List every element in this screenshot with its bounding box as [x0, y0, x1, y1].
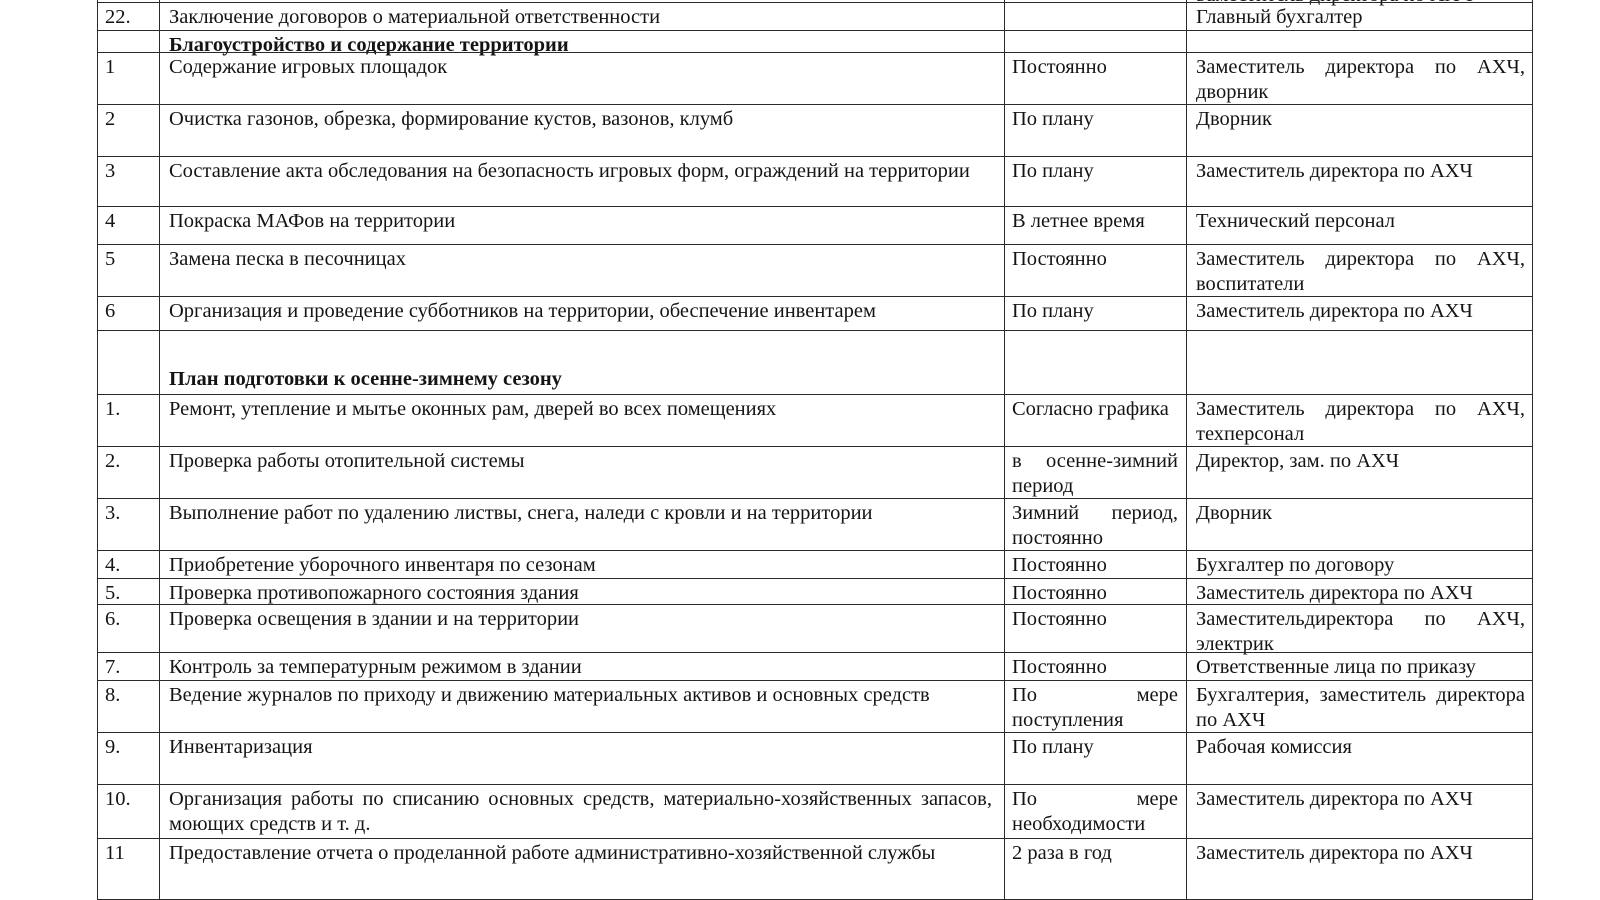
table-row: 1Содержание игровых площадокПостоянноЗам… [97, 52, 1533, 104]
cell-number [97, 31, 157, 52]
table-row: 1.Ремонт, утепление и мытье оконных рам,… [97, 394, 1533, 446]
cell-task: Благоустройство и содержание территории [159, 31, 1002, 52]
cell-responsible: Главный бухгалтер [1186, 3, 1533, 30]
cell-number: 7. [97, 653, 157, 680]
cell-number [97, 331, 157, 394]
cell-task: Выполнение работ по удалению листвы, сне… [159, 499, 1002, 550]
cell-number: 10. [97, 785, 157, 838]
cell-schedule: По плану [1004, 105, 1184, 156]
cell-schedule: Постоянно [1004, 605, 1184, 652]
cell-schedule: По мере поступления [1004, 681, 1184, 732]
cell-responsible: Заместитель директора по АХЧ [1186, 579, 1533, 604]
cell-responsible: Технический персонал [1186, 207, 1533, 244]
cell-responsible [1186, 331, 1533, 394]
cell-number: 4 [97, 207, 157, 244]
cell-task: План подготовки к осенне-зимнему сезону [159, 331, 1002, 394]
cell-responsible: Рабочая комиссия [1186, 733, 1533, 784]
cell-responsible: Заместитель директора по АХЧ, дворник [1186, 53, 1533, 104]
cell-number: 4. [97, 551, 157, 578]
cell-schedule: 2 раза в год [1004, 839, 1184, 892]
cell-number: 6 [97, 297, 157, 330]
cell-schedule: Постоянно [1004, 579, 1184, 604]
cell-number: 3 [97, 157, 157, 206]
cell-schedule: Постоянно [1004, 245, 1184, 296]
table-row: 9.ИнвентаризацияПо плануРабочая комиссия [97, 732, 1533, 784]
table-row: 4.Приобретение уборочного инвентаря по с… [97, 550, 1533, 578]
cell-schedule [1004, 331, 1184, 394]
cell-task: Покраска МАФов на территории [159, 207, 1002, 244]
cell-responsible: Дворник [1186, 105, 1533, 156]
cell-task: Инвентаризация [159, 733, 1002, 784]
cell-schedule: В летнее время [1004, 207, 1184, 244]
cell-task: Содержание игровых площадок [159, 53, 1002, 104]
cell-number: 22. [97, 3, 157, 30]
cell-task: Организация работы по списанию основных … [159, 785, 1002, 838]
cell-schedule: в осенне-зимний период [1004, 447, 1184, 498]
table-row: 3Составление акта обследования на безопа… [97, 156, 1533, 206]
table-row: 8.Ведение журналов по приходу и движению… [97, 680, 1533, 732]
cell-schedule: По плану [1004, 297, 1184, 330]
cell-responsible [1186, 31, 1533, 52]
table-row: 6.Проверка освещения в здании и на терри… [97, 604, 1533, 652]
cell-schedule [1004, 31, 1184, 52]
cell-schedule: По мере необходимости [1004, 785, 1184, 838]
cell-schedule: По плану [1004, 733, 1184, 784]
section-header-row: План подготовки к осенне-зимнему сезону [97, 330, 1533, 394]
table-row: 5Замена песка в песочницахПостоянноЗамес… [97, 244, 1533, 296]
cell-number: 5. [97, 579, 157, 604]
cell-responsible: Заместительдиректора по АХЧ, электрик [1186, 605, 1533, 652]
table-row: 6Организация и проведение субботников на… [97, 296, 1533, 330]
section-header-row: Благоустройство и содержание территории [97, 30, 1533, 52]
table-row: 2.Проверка работы отопительной системыв … [97, 446, 1533, 498]
table-row: 10.Организация работы по списанию основн… [97, 784, 1533, 838]
cell-number: 8. [97, 681, 157, 732]
cell-number: 2. [97, 447, 157, 498]
cell-responsible: Заместитель директора по АХЧ [1186, 297, 1533, 330]
table-row: 5.Проверка противопожарного состояния зд… [97, 578, 1533, 604]
cell-responsible: Заместитель директора по АХЧ [1186, 157, 1533, 206]
cell-schedule: По плану [1004, 157, 1184, 206]
cell-task: Предоставление отчета о проделанной рабо… [159, 839, 1002, 892]
cell-number: 5 [97, 245, 157, 296]
table-row: 4Покраска МАФов на территорииВ летнее вр… [97, 206, 1533, 244]
cell-task: Очистка газонов, обрезка, формирование к… [159, 105, 1002, 156]
cell-number: 2 [97, 105, 157, 156]
cell-responsible: Заместитель директора по АХЧ [1186, 839, 1533, 892]
cell-responsible: Заместитель директора по АХЧ [1186, 785, 1533, 838]
cell-task: Ведение журналов по приходу и движению м… [159, 681, 1002, 732]
cell-task: Замена песка в песочницах [159, 245, 1002, 296]
table-row: 11Предоставление отчета о проделанной ра… [97, 838, 1533, 892]
cell-task: Контроль за температурным режимом в здан… [159, 653, 1002, 680]
cell-task: Проверка освещения в здании и на террито… [159, 605, 1002, 652]
cell-schedule: Зимний период, постоянно [1004, 499, 1184, 550]
table-row: 3.Выполнение работ по удалению листвы, с… [97, 498, 1533, 550]
cell-responsible: Бухгалтер по договору [1186, 551, 1533, 578]
cell-responsible: Директор, зам. по АХЧ [1186, 447, 1533, 498]
cell-schedule: Постоянно [1004, 551, 1184, 578]
cell-responsible: Ответственные лица по приказу [1186, 653, 1533, 680]
cell-schedule [1004, 3, 1184, 30]
cell-number: 1 [97, 53, 157, 104]
table-row: 2Очистка газонов, обрезка, формирование … [97, 104, 1533, 156]
cell-responsible: Дворник [1186, 499, 1533, 550]
cell-schedule: Согласно графика [1004, 395, 1184, 446]
cell-responsible: Заместитель директора по АХЧ, техперсона… [1186, 395, 1533, 446]
cell-responsible: Бухгалтерия, заместитель директора по АХ… [1186, 681, 1533, 732]
table-row: 22.Заключение договоров о материальной о… [97, 2, 1533, 30]
cell-number: 9. [97, 733, 157, 784]
cell-number: 1. [97, 395, 157, 446]
cell-number: 3. [97, 499, 157, 550]
cell-number: 11 [97, 839, 157, 892]
cell-task: Ремонт, утепление и мытье оконных рам, д… [159, 395, 1002, 446]
cell-task: Проверка противопожарного состояния здан… [159, 579, 1002, 604]
cell-number: 6. [97, 605, 157, 652]
cell-schedule: Постоянно [1004, 653, 1184, 680]
document-page: Заместитель директора по АХЧ 22.Заключен… [0, 0, 1600, 900]
table-row: 7.Контроль за температурным режимом в зд… [97, 652, 1533, 680]
cell-responsible: Заместитель директора по АХЧ, воспитател… [1186, 245, 1533, 296]
cell-schedule: Постоянно [1004, 53, 1184, 104]
cell-task: Составление акта обследования на безопас… [159, 157, 1002, 206]
cell-task: Приобретение уборочного инвентаря по сез… [159, 551, 1002, 578]
cell-task: Организация и проведение субботников на … [159, 297, 1002, 330]
cell-task: Заключение договоров о материальной отве… [159, 3, 1002, 30]
cell-task: Проверка работы отопительной системы [159, 447, 1002, 498]
